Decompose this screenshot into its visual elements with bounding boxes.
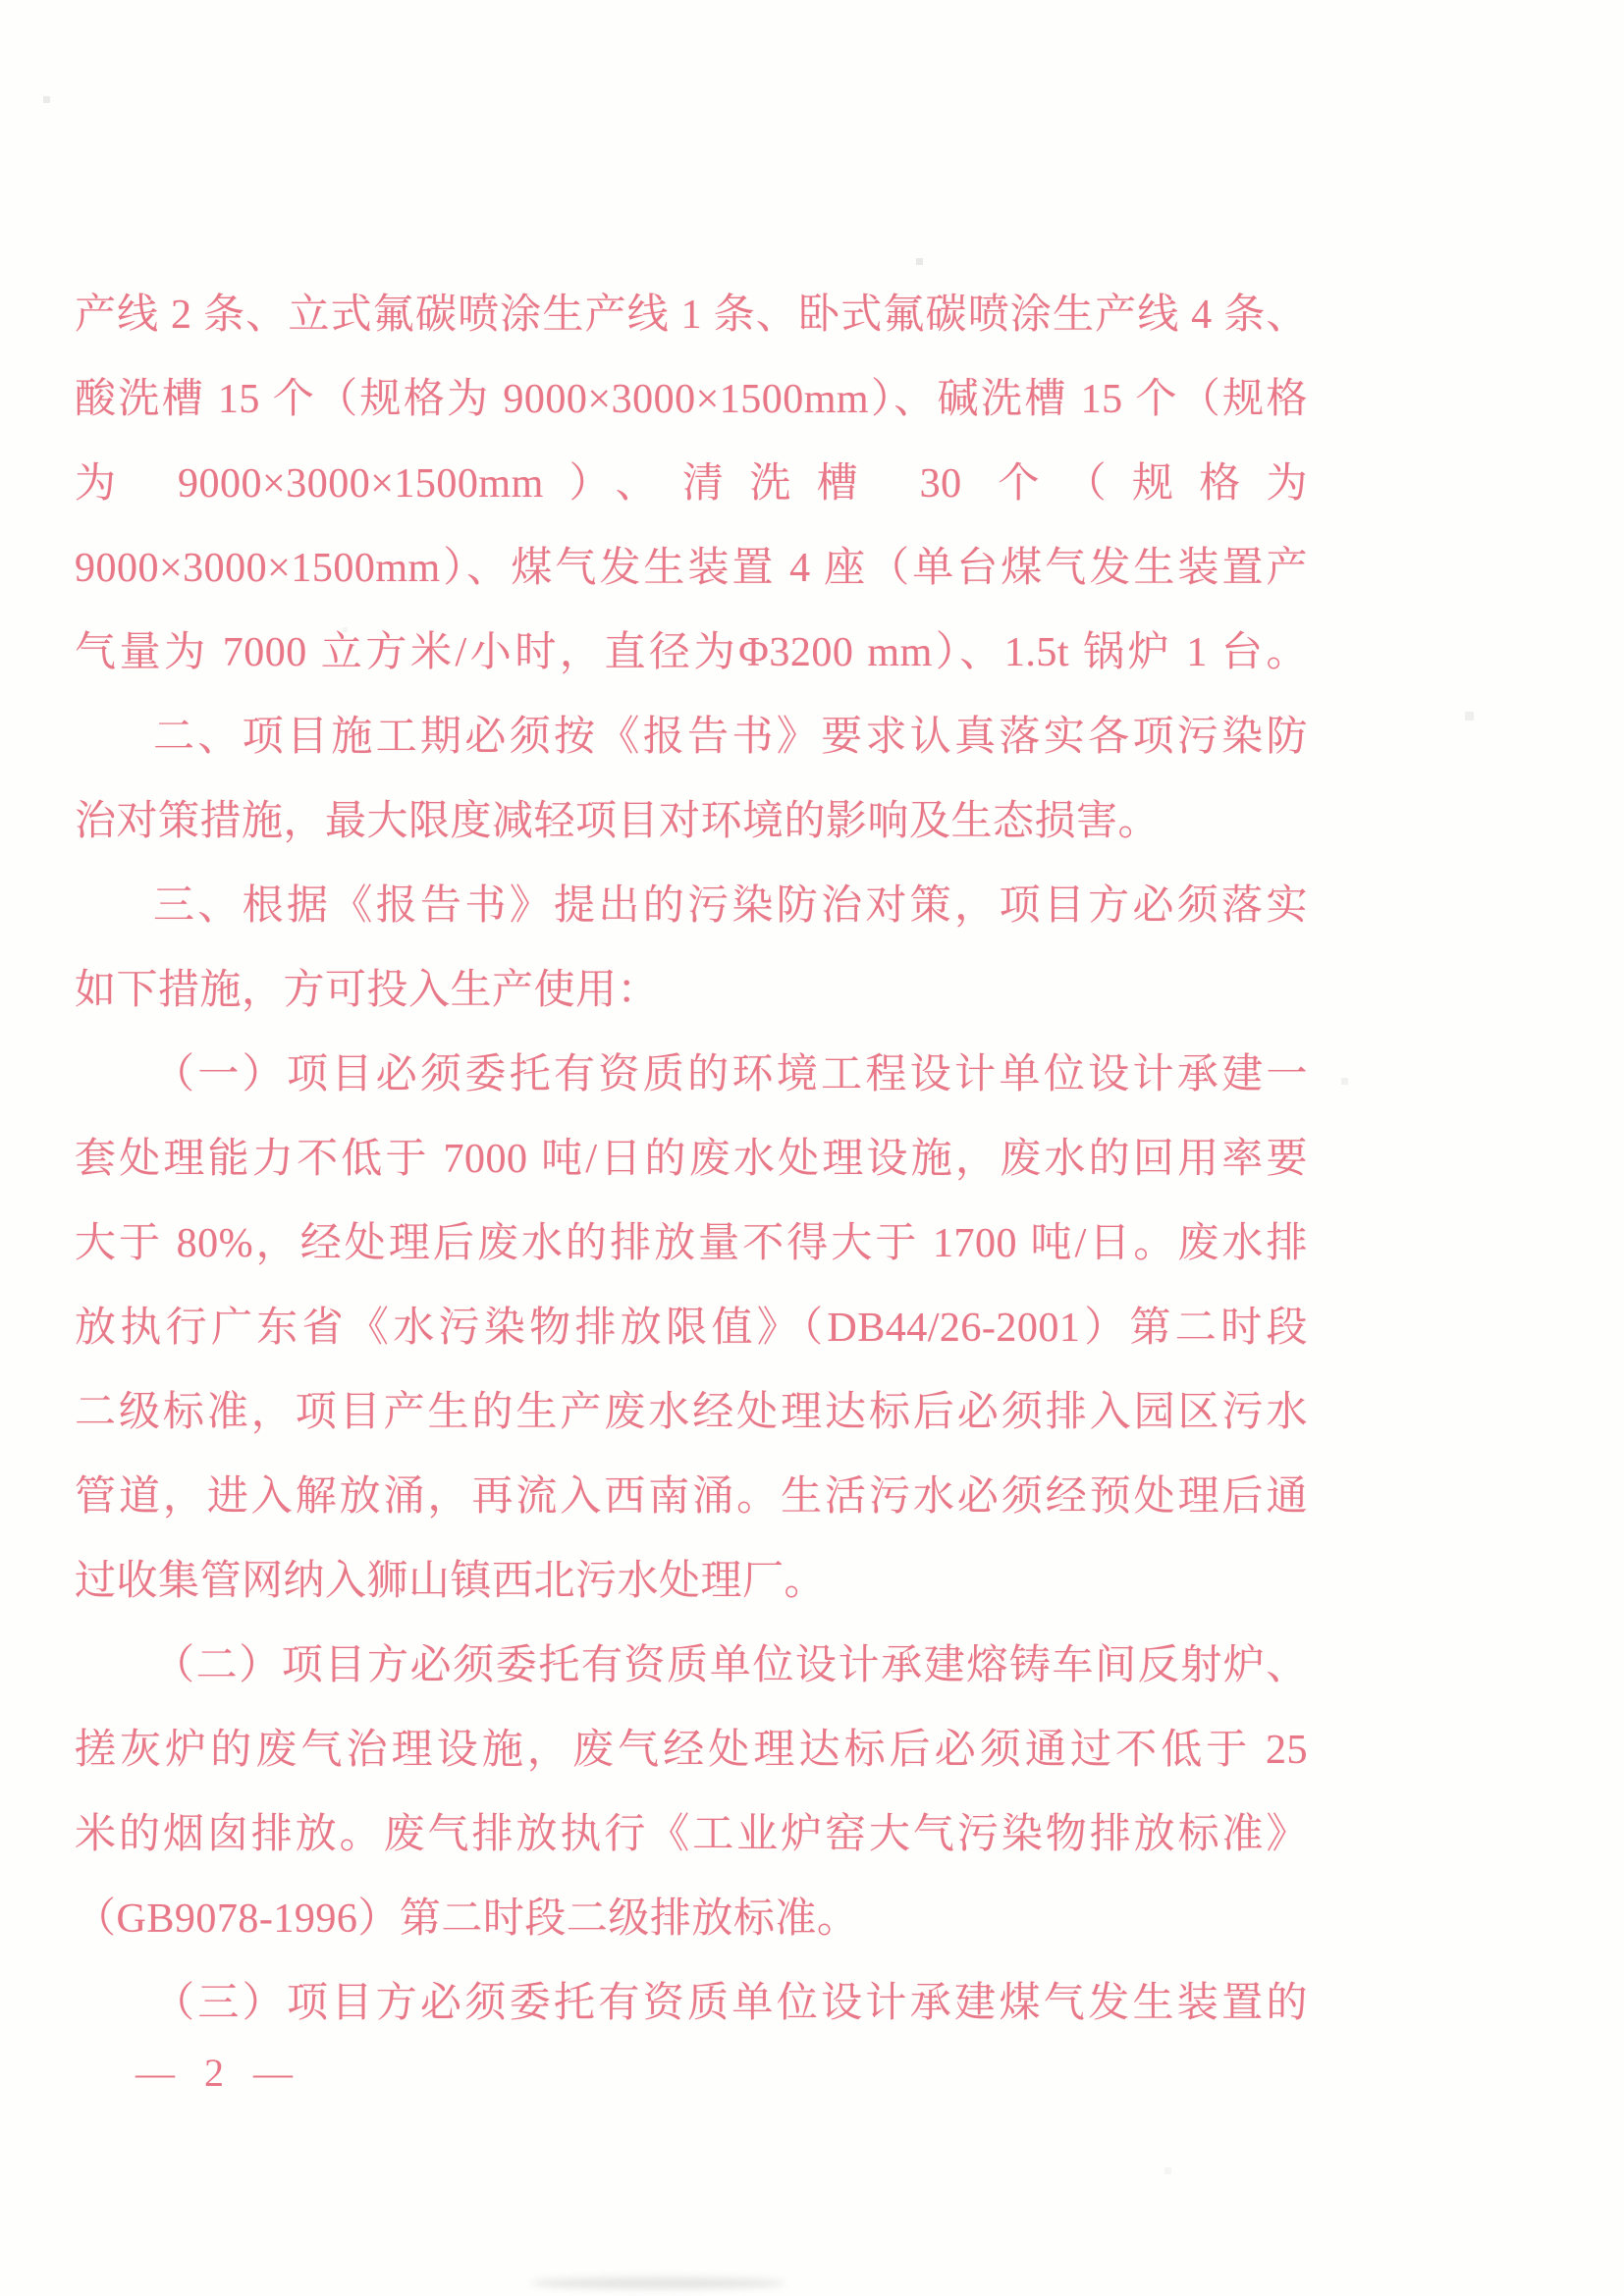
text-line-14: 二级标准，项目产生的生产废水经处理达标后必须排入园区污水 <box>75 1388 1308 1437</box>
text-line-12: 大于 80%，经处理后废水的排放量不得大于 1700 吨/日。废水排 <box>75 1219 1308 1268</box>
text-line-21: （三）项目方必须委托有资质单位设计承建煤气发生装置的 <box>75 1979 1308 2028</box>
text-line-19: 米的烟囱排放。废气排放执行《工业炉窑大气污染物排放标准》 <box>75 1810 1308 1859</box>
text-line-4: 9000×3000×1500mm）、煤气发生装置 4 座（单台煤气发生装置产 <box>75 544 1308 593</box>
document-body: 产线 2 条、立式氟碳喷涂生产线 1 条、卧式氟碳喷涂生产线 4 条、酸洗槽 1… <box>0 0 1624 2296</box>
text-line-5: 气量为 7000 立方米/小时，直径为Φ3200 mm）、1.5t 锅炉 1 台… <box>75 628 1308 677</box>
scan-smudge <box>530 2277 785 2289</box>
scanned-document-page: 产线 2 条、立式氟碳喷涂生产线 1 条、卧式氟碳喷涂生产线 4 条、酸洗槽 1… <box>0 0 1624 2296</box>
text-line-18: 搓灰炉的废气治理设施，废气经处理达标后必须通过不低于 25 <box>75 1726 1308 1775</box>
text-line-16: 过收集管网纳入狮山镇西北污水处理厂。 <box>75 1557 1308 1606</box>
text-line-7: 治对策措施，最大限度减轻项目对环境的影响及生态损害。 <box>75 797 1308 846</box>
text-line-9: 如下措施，方可投入生产使用： <box>75 966 1308 1015</box>
text-line-15: 管道，进入解放涌，再流入西南涌。生活污水必须经预处理后通 <box>75 1472 1308 1522</box>
text-line-10: （一）项目必须委托有资质的环境工程设计单位设计承建一 <box>75 1050 1308 1099</box>
text-line-11: 套处理能力不低于 7000 吨/日的废水处理设施，废水的回用率要 <box>75 1135 1308 1184</box>
text-line-8: 三、根据《报告书》提出的污染防治对策，项目方必须落实 <box>75 881 1308 931</box>
text-line-20: （GB9078-1996）第二时段二级排放标准。 <box>75 1895 1308 1944</box>
page-number: — 2 — <box>135 2050 302 2096</box>
text-line-17: （二）项目方必须委托有资质单位设计承建熔铸车间反射炉、 <box>75 1641 1308 1690</box>
text-line-13: 放执行广东省《水污染物排放限值》（DB44/26-2001）第二时段 <box>75 1304 1308 1353</box>
text-line-3: 为 9000×3000×1500mm）、清洗槽 30 个（规格为 <box>75 459 1308 508</box>
text-line-1: 产线 2 条、立式氟碳喷涂生产线 1 条、卧式氟碳喷涂生产线 4 条、 <box>75 291 1308 340</box>
text-line-6: 二、项目施工期必须按《报告书》要求认真落实各项污染防 <box>75 713 1308 762</box>
text-line-2: 酸洗槽 15 个（规格为 9000×3000×1500mm）、碱洗槽 15 个（… <box>75 375 1308 424</box>
